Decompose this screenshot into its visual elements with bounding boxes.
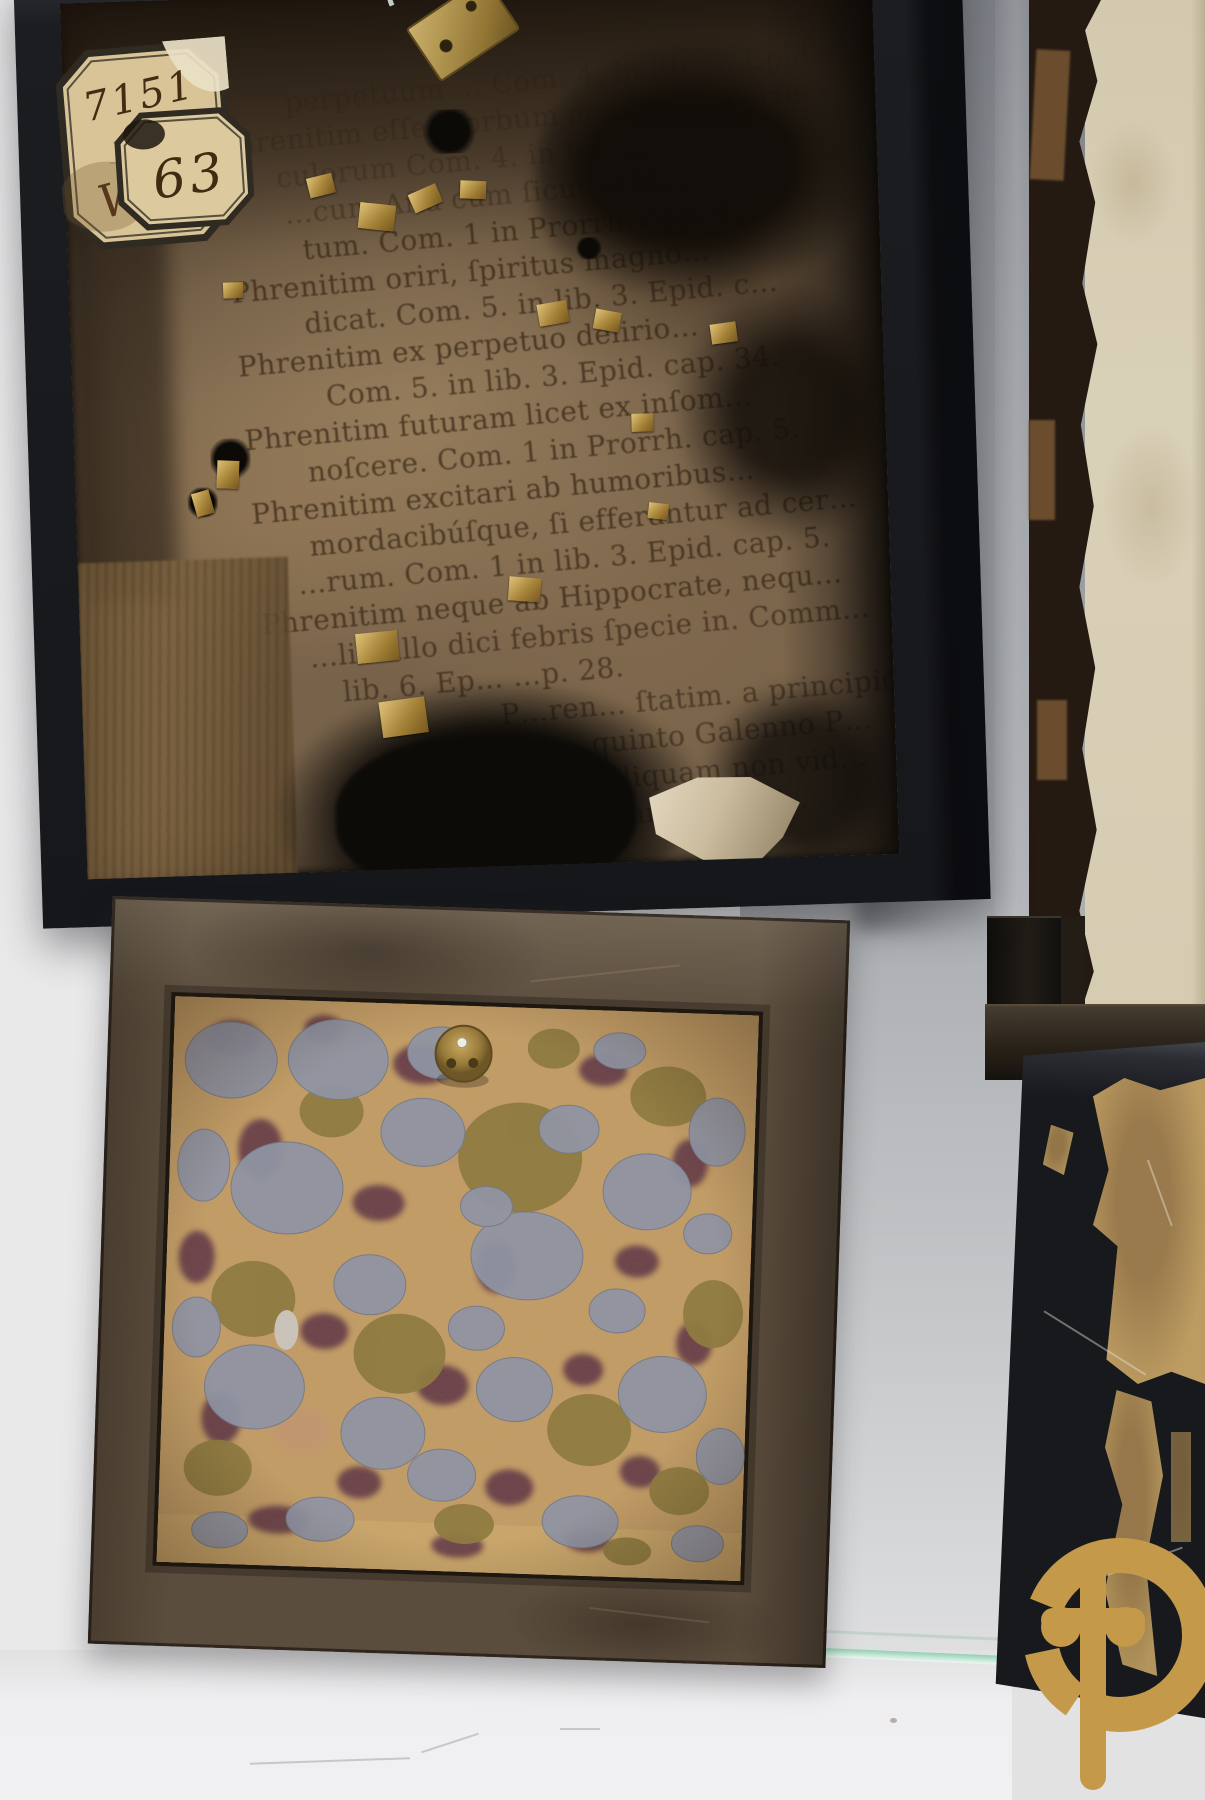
torn-wood-bit [1029,420,1055,520]
brass-shim [648,502,670,520]
brass-shim [355,630,400,664]
brass-shim [358,202,397,232]
marbled-paper [157,996,759,1581]
label-number-63: 63 [148,141,230,212]
brass-shim [710,321,738,344]
inventory-label-small: 63 [110,103,258,234]
brass-shim [631,413,654,432]
torn-patch [1042,1124,1074,1175]
hanger-hole [464,0,479,14]
brass-shim [460,180,487,199]
torn-wood-bit [1037,700,1067,780]
frame-back-bottom-left [88,896,850,1668]
brass-shim [223,282,243,299]
floor-speck [890,1718,897,1723]
floor-scuff [560,1728,600,1730]
exposed-wood-area [78,557,298,879]
disc-screw [457,1037,467,1047]
brass-shim [508,576,542,602]
torn-patch [1093,1078,1205,1384]
marbled-paper-panel [157,996,759,1581]
tear-hole [576,237,603,260]
torn-wood-bit [1030,49,1071,181]
brass-shim [593,308,622,332]
tear-hole [422,109,477,155]
auction-lot-photo: perpetuum … Com. 4. in lib. 5. Epid. Phr… [0,0,1205,1800]
cream-backing-paper [1085,0,1205,1012]
brass-shim [378,696,428,738]
white-floor [0,1650,1012,1800]
hanger-hole [437,37,455,55]
logo-ring-small-arc [1042,1652,1075,1701]
frame-corner-shadow [1061,916,1085,1008]
frame-right-top [985,0,1205,1078]
frame-back-top-left: perpetuum … Com. 4. in lib. 5. Epid. Phr… [13,0,990,929]
brass-disc-fastener [434,1025,492,1089]
wood-scratch [589,1607,708,1623]
auction-hammer-watermark-icon [1003,1513,1205,1800]
wood-scratch [531,964,680,982]
brass-shim [216,460,239,489]
